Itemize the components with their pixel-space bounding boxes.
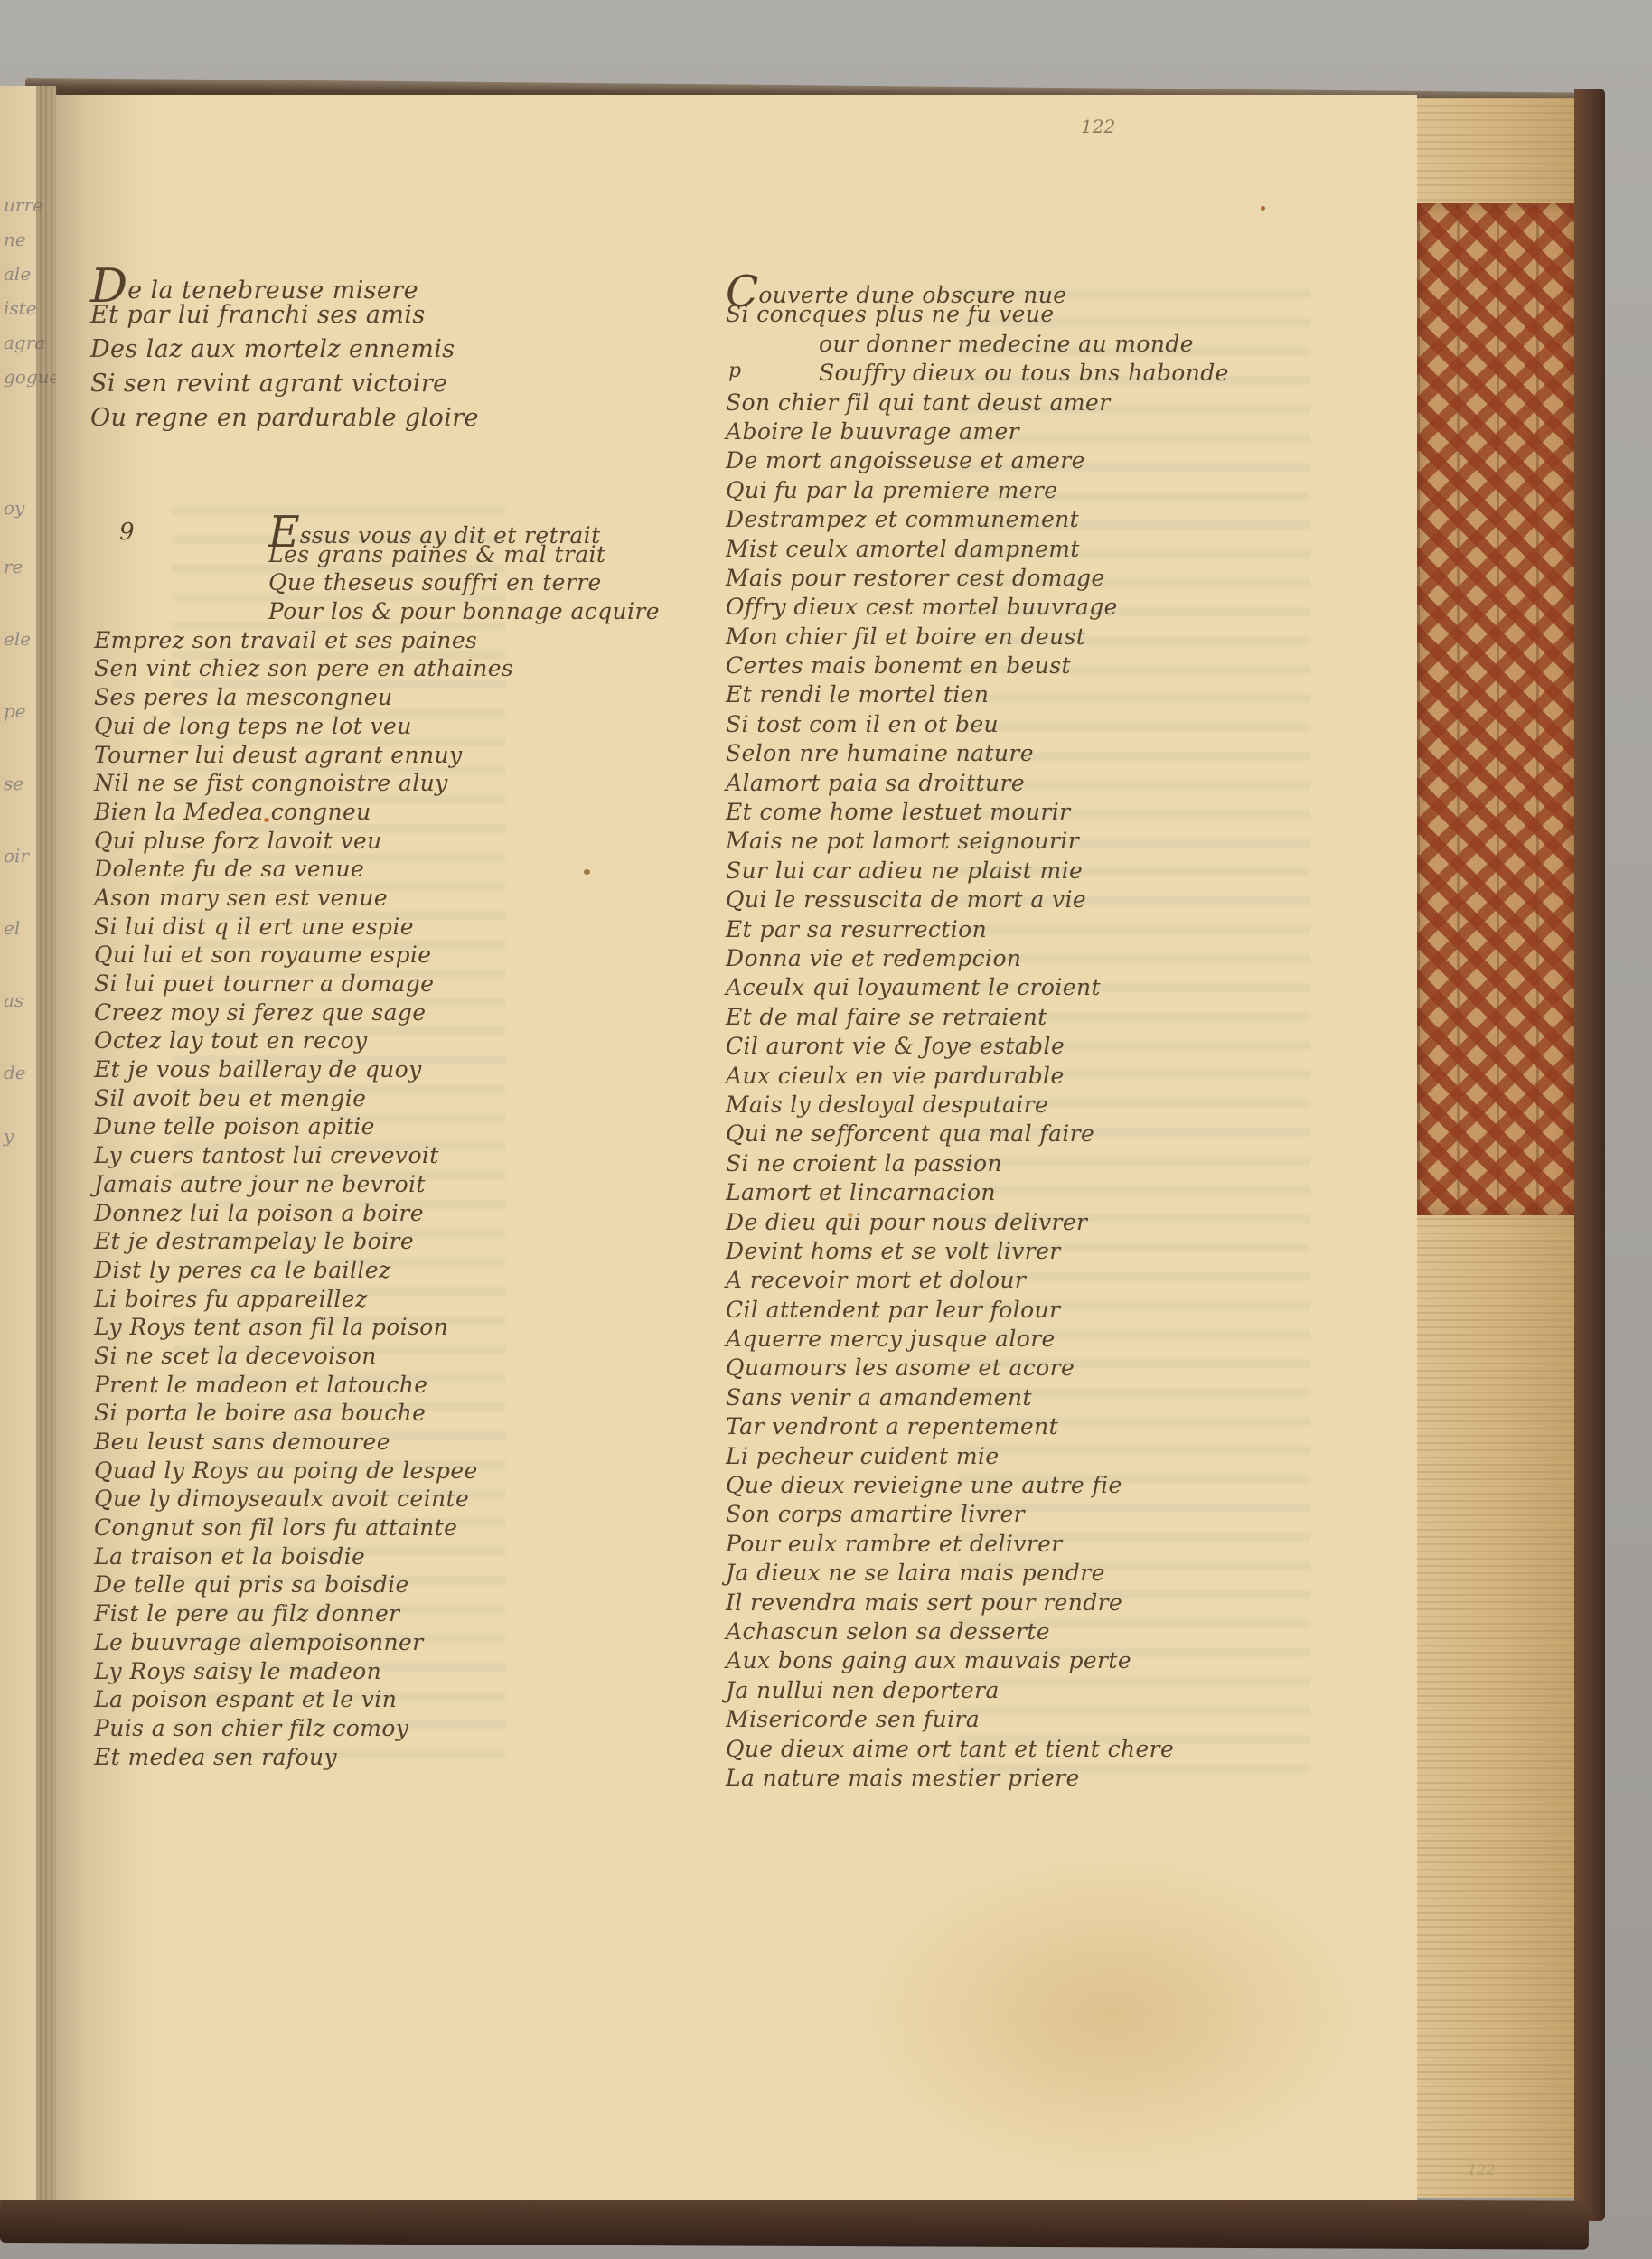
text-line: Si lui dist q il ert une espie — [94, 913, 546, 942]
text-line: Et par sa resurrection — [726, 915, 1268, 944]
text-line: Le buuvrage alempoisonner — [94, 1628, 546, 1657]
text-line: de — [4, 1062, 26, 1083]
text-line: Jamais autre jour ne bevroit — [94, 1170, 546, 1199]
text-line: el — [4, 917, 20, 939]
text-line: Selon nre humaine nature — [726, 739, 1268, 768]
text-line: Dune telle poison apitie — [94, 1112, 546, 1141]
text-line: Ou regne en pardurable gloire — [90, 401, 524, 436]
text-line: Achascun selon sa desserte — [726, 1617, 1268, 1646]
right-column: Couverte dune obscure nueSi concques plu… — [726, 271, 1268, 1793]
text-line: Et de mal faire se retraient — [726, 1003, 1268, 1032]
text-line: Mais ne pot lamort seignourir — [726, 827, 1268, 856]
text-line: Mais ly desloyal desputaire — [726, 1091, 1268, 1120]
text-line: pe — [4, 700, 26, 722]
text-line: Il revendra mais sert pour rendre — [726, 1589, 1268, 1617]
text-line: La traison et la boisdie — [94, 1542, 546, 1571]
text-line: Si lui puet tourner a domage — [94, 970, 546, 998]
text-line: Offry dieux cest mortel buuvrage — [726, 593, 1268, 622]
manuscript-photo: { "colors":{ "ink":"#54422c", "parchment… — [0, 0, 1652, 2259]
text-line: ne — [4, 229, 26, 250]
text-line: se — [4, 773, 23, 794]
text-line: De la tenebreuse misere — [90, 264, 524, 298]
text-line: De dieu qui pour nous delivrer — [726, 1208, 1268, 1237]
text-line: Essus vous ay dit et retrait — [94, 511, 546, 540]
text-line: Ason mary sen est venue — [94, 884, 546, 913]
text-line: Et medea sen rafouy — [94, 1743, 546, 1772]
text-line: Aux cieulx en vie pardurable — [726, 1062, 1268, 1091]
text-line: Sur lui car adieu ne plaist mie — [726, 857, 1268, 886]
text-line: La nature mais mestier priere — [726, 1764, 1268, 1793]
text-line: Sans venir a amandement — [726, 1383, 1268, 1412]
text-line: Si tost com il en ot beu — [726, 710, 1268, 739]
text-line: Et je destrampelay le boire — [94, 1227, 546, 1256]
text-line: Beu leust sans demouree — [94, 1428, 546, 1457]
text-line: ale — [4, 263, 31, 285]
text-line: Aux bons gaing aux mauvais perte — [726, 1646, 1268, 1675]
text-line: Tar vendront a repentement — [726, 1412, 1268, 1441]
text-line: Congnut son fil lors fu attainte — [94, 1514, 546, 1542]
text-line: Sil avoit beu et mengie — [94, 1084, 546, 1113]
text-line: Ja dieux ne se laira mais pendre — [726, 1559, 1268, 1588]
text-line: Donnez lui la poison a boire — [94, 1199, 546, 1228]
text-line: Qui de long teps ne lot veu — [94, 712, 546, 741]
text-line: Aquerre mercy jusque alore — [726, 1325, 1268, 1354]
parchment-stain — [859, 1852, 1365, 2178]
text-line: Donna vie et redempcion — [726, 944, 1268, 973]
text-line: De mort angoisseuse et amere — [726, 446, 1268, 475]
text-line: Si ne croient la passion — [726, 1149, 1268, 1178]
text-line: Qui lui et son royaume espie — [94, 941, 546, 970]
text-line: Li boires fu appareillez — [94, 1285, 546, 1314]
text-line: Creez moy si ferez que sage — [94, 998, 546, 1027]
text-line: Devint homs et se volt livrer — [726, 1237, 1268, 1266]
text-line: Qui le ressuscita de mort a vie — [726, 886, 1268, 914]
text-line: Aboire le buuvrage amer — [726, 417, 1268, 446]
text-line: oir — [4, 845, 29, 867]
text-line: Son chier fil qui tant deust amer — [726, 389, 1268, 417]
text-line: Si sen revint agrant victoire — [90, 367, 524, 401]
text-line: Bien la Medea congneu — [94, 798, 546, 827]
text-line: Ly cuers tantost lui crevevoit — [94, 1141, 546, 1170]
text-line: our donner medecine au monde — [726, 330, 1268, 359]
text-line: Mon chier fil et boire en deust — [726, 623, 1268, 651]
text-line: Misericorde sen fuira — [726, 1705, 1268, 1734]
text-line: iste — [4, 297, 37, 319]
text-line: Cil auront vie & Joye estable — [726, 1032, 1268, 1061]
text-line: Ly Roys saisy le madeon — [94, 1657, 546, 1686]
text-line: Que ly dimoyseaulx avoit ceinte — [94, 1485, 546, 1514]
text-line: Quad ly Roys au poing de lespee — [94, 1457, 546, 1486]
text-line: as — [4, 989, 23, 1011]
folio-number-faint: 122 — [1468, 2161, 1496, 2179]
text-line: Prent le madeon et latouche — [94, 1371, 546, 1400]
text-line: y — [4, 1125, 14, 1147]
text-line: Mais pour restorer cest domage — [726, 564, 1268, 593]
text-line: Aceulx qui loyaument le croient — [726, 973, 1268, 1002]
text-line: Ly Roys tent ason fil la poison — [94, 1313, 546, 1342]
folio-number: 122 — [1081, 116, 1115, 137]
decorated-edge-pattern — [1417, 203, 1574, 1215]
left-column-head: De la tenebreuse misereEt par lui franch… — [90, 264, 524, 436]
text-line: Ses peres la mescongneu — [94, 683, 546, 712]
text-line: Mist ceulx amortel dampnemt — [726, 535, 1268, 564]
text-line: Et rendi le mortel tien — [726, 680, 1268, 709]
text-line: Dist ly peres ca le baillez — [94, 1256, 546, 1285]
text-line: Li pecheur cuident mie — [726, 1442, 1268, 1471]
text-line: Les grans paines & mal trait — [94, 540, 546, 569]
text-line: Qui pluse forz lavoit veu — [94, 827, 546, 856]
ink-speck — [584, 869, 590, 875]
text-line: oy — [4, 497, 24, 519]
text-line: Octez lay tout en recoy — [94, 1026, 546, 1055]
text-line: Si porta le boire asa bouche — [94, 1399, 546, 1428]
text-line: Cil attendent par leur folour — [726, 1296, 1268, 1325]
book-cover-right-edge — [1574, 89, 1605, 2221]
text-line: Dolente fu de sa venue — [94, 855, 546, 884]
text-line: Nil ne se fist congnoistre aluy — [94, 769, 546, 798]
text-line: Que dieux revieigne une autre fie — [726, 1471, 1268, 1500]
text-line: Tourner lui deust agrant ennuy — [94, 741, 546, 770]
text-line: re — [4, 556, 23, 577]
text-line: Son corps amartire livrer — [726, 1500, 1268, 1529]
text-line: Ja nullui nen deportera — [726, 1676, 1268, 1705]
text-line: ele — [4, 628, 31, 650]
text-line: Pour eulx rambre et delivrer — [726, 1530, 1268, 1559]
facing-page-stack-lines — [40, 86, 58, 2200]
text-line: Certes mais bonemt en beust — [726, 651, 1268, 680]
text-line: Alamort paia sa droitture — [726, 769, 1268, 798]
text-line: Emprez son travail et ses paines — [94, 626, 546, 655]
text-line: urre — [4, 194, 43, 216]
text-line: A recevoir mort et dolour — [726, 1266, 1268, 1295]
text-line: La poison espant et le vin — [94, 1685, 546, 1714]
text-line: Et par lui franchi ses amis — [90, 298, 524, 333]
text-line: Et je vous bailleray de quoy — [94, 1055, 546, 1084]
text-line: Sen vint chiez son pere en athaines — [94, 654, 546, 683]
text-line: Pour los & pour bonnage acquire — [94, 597, 546, 626]
text-line: Destrampez et communement — [726, 505, 1268, 534]
text-line: Qui fu par la premiere mere — [726, 476, 1268, 505]
text-line: Souffry dieux ou tous bns habonde — [726, 359, 1268, 388]
text-line: Que dieux aime ort tant et tient chere — [726, 1735, 1268, 1764]
ink-speck — [1261, 206, 1265, 211]
left-column-body: Essus vous ay dit et retraitLes grans pa… — [94, 511, 546, 1771]
text-line: Fist le pere au filz donner — [94, 1599, 546, 1628]
text-line: De telle qui pris sa boisdie — [94, 1570, 546, 1599]
text-line: Lamort et lincarnacion — [726, 1178, 1268, 1207]
book-cover-bottom-edge — [0, 2194, 1589, 2250]
text-line: Des laz aux mortelz ennemis — [90, 333, 524, 367]
text-line: Puis a son chier filz comoy — [94, 1714, 546, 1743]
text-line: Et come home lestuet mourir — [726, 798, 1268, 827]
text-line: Qui ne sefforcent qua mal faire — [726, 1120, 1268, 1148]
text-line: Couverte dune obscure nue — [726, 271, 1268, 300]
text-line: Quamours les asome et acore — [726, 1354, 1268, 1383]
text-line: Que theseus souffri en terre — [94, 568, 546, 597]
text-line: Si concques plus ne fu veue — [726, 300, 1268, 329]
text-line: Si ne scet la decevoison — [94, 1342, 546, 1371]
